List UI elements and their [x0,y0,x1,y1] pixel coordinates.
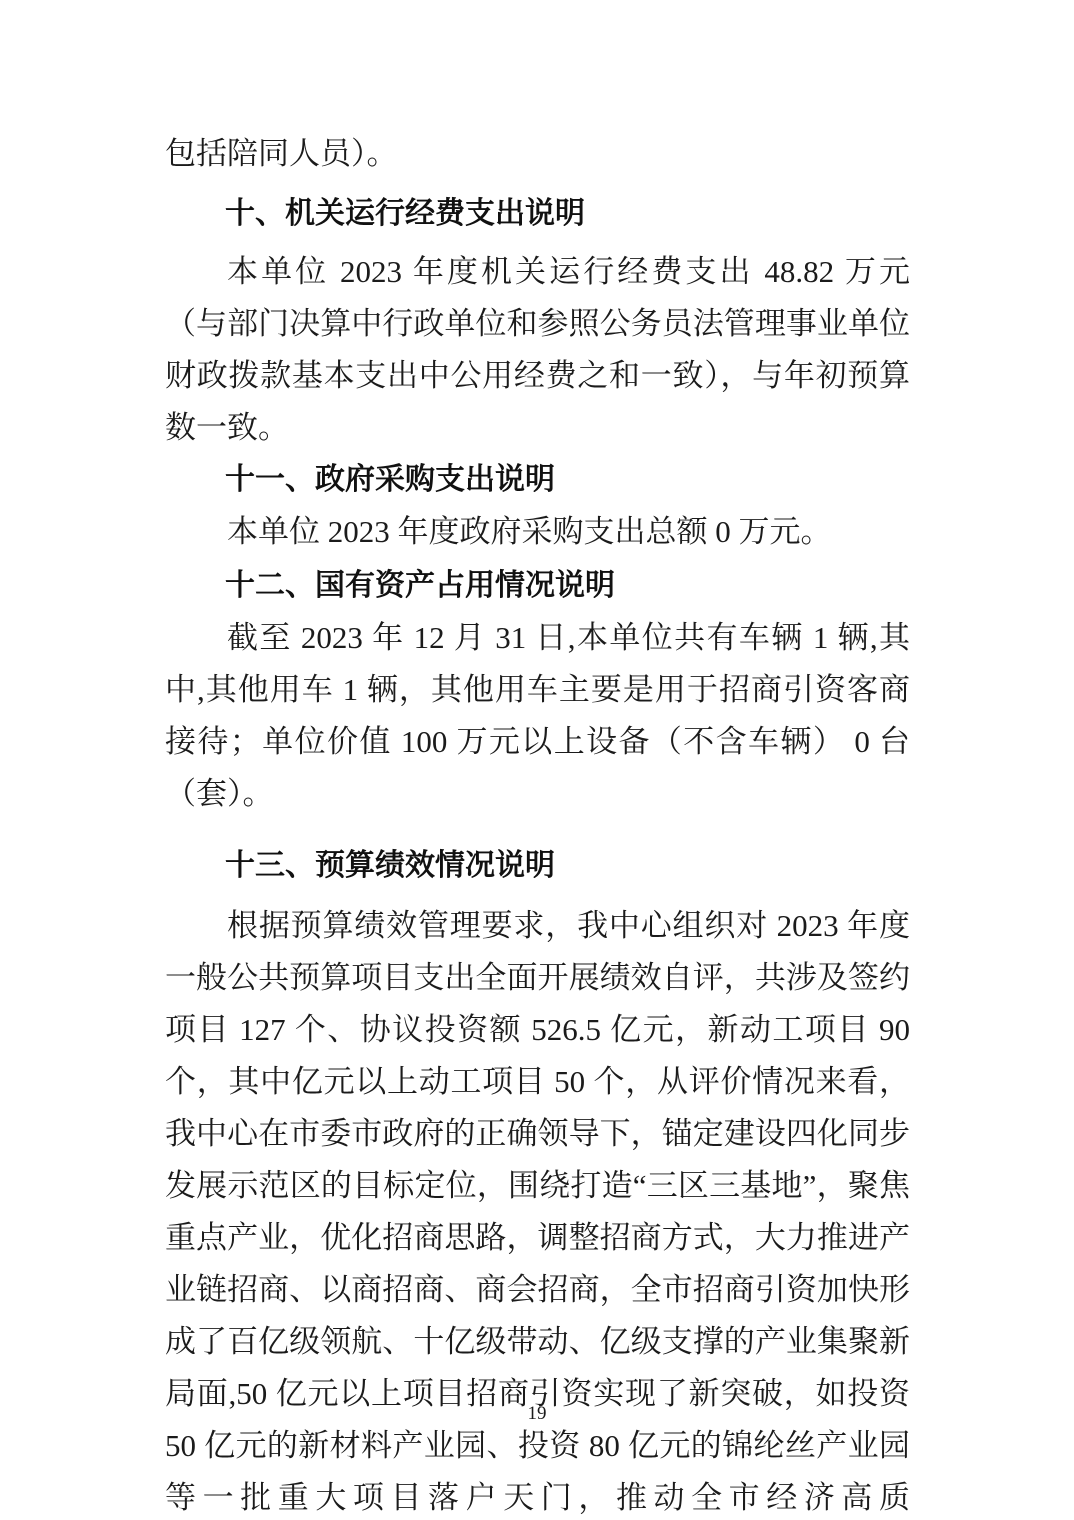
section-heading-10-operating-expenses: 十、机关运行经费支出说明 [165,188,910,240]
document-content: 包括陪同人员）。 十、机关运行经费支出说明 本单位 2023 年度机关运行经费支… [0,0,1074,1520]
section-paragraph-10-operating-expenses: 本单位 2023 年度机关运行经费支出 48.82 万元（与部门决算中行政单位和… [165,246,910,454]
page-number: 19 [0,1402,1074,1426]
section-paragraph-13-budget-performance: 根据预算绩效管理要求，我中心组织对 2023 年度一般公共预算项目支出全面开展绩… [165,900,910,1520]
paragraph-continuation-accompanying-personnel: 包括陪同人员）。 [165,128,910,180]
section-heading-13-budget-performance: 十三、预算绩效情况说明 [165,840,910,892]
section-paragraph-12-state-assets: 截至 2023 年 12 月 31 日,本单位共有车辆 1 辆,其中,其他用车 … [165,612,910,820]
section-heading-11-government-procurement: 十一、政府采购支出说明 [165,454,910,506]
section-paragraph-11-government-procurement: 本单位 2023 年度政府采购支出总额 0 万元。 [165,506,910,558]
section-heading-12-state-assets: 十二、国有资产占用情况说明 [165,560,910,612]
document-page: 包括陪同人员）。 十、机关运行经费支出说明 本单位 2023 年度机关运行经费支… [0,0,1074,1520]
